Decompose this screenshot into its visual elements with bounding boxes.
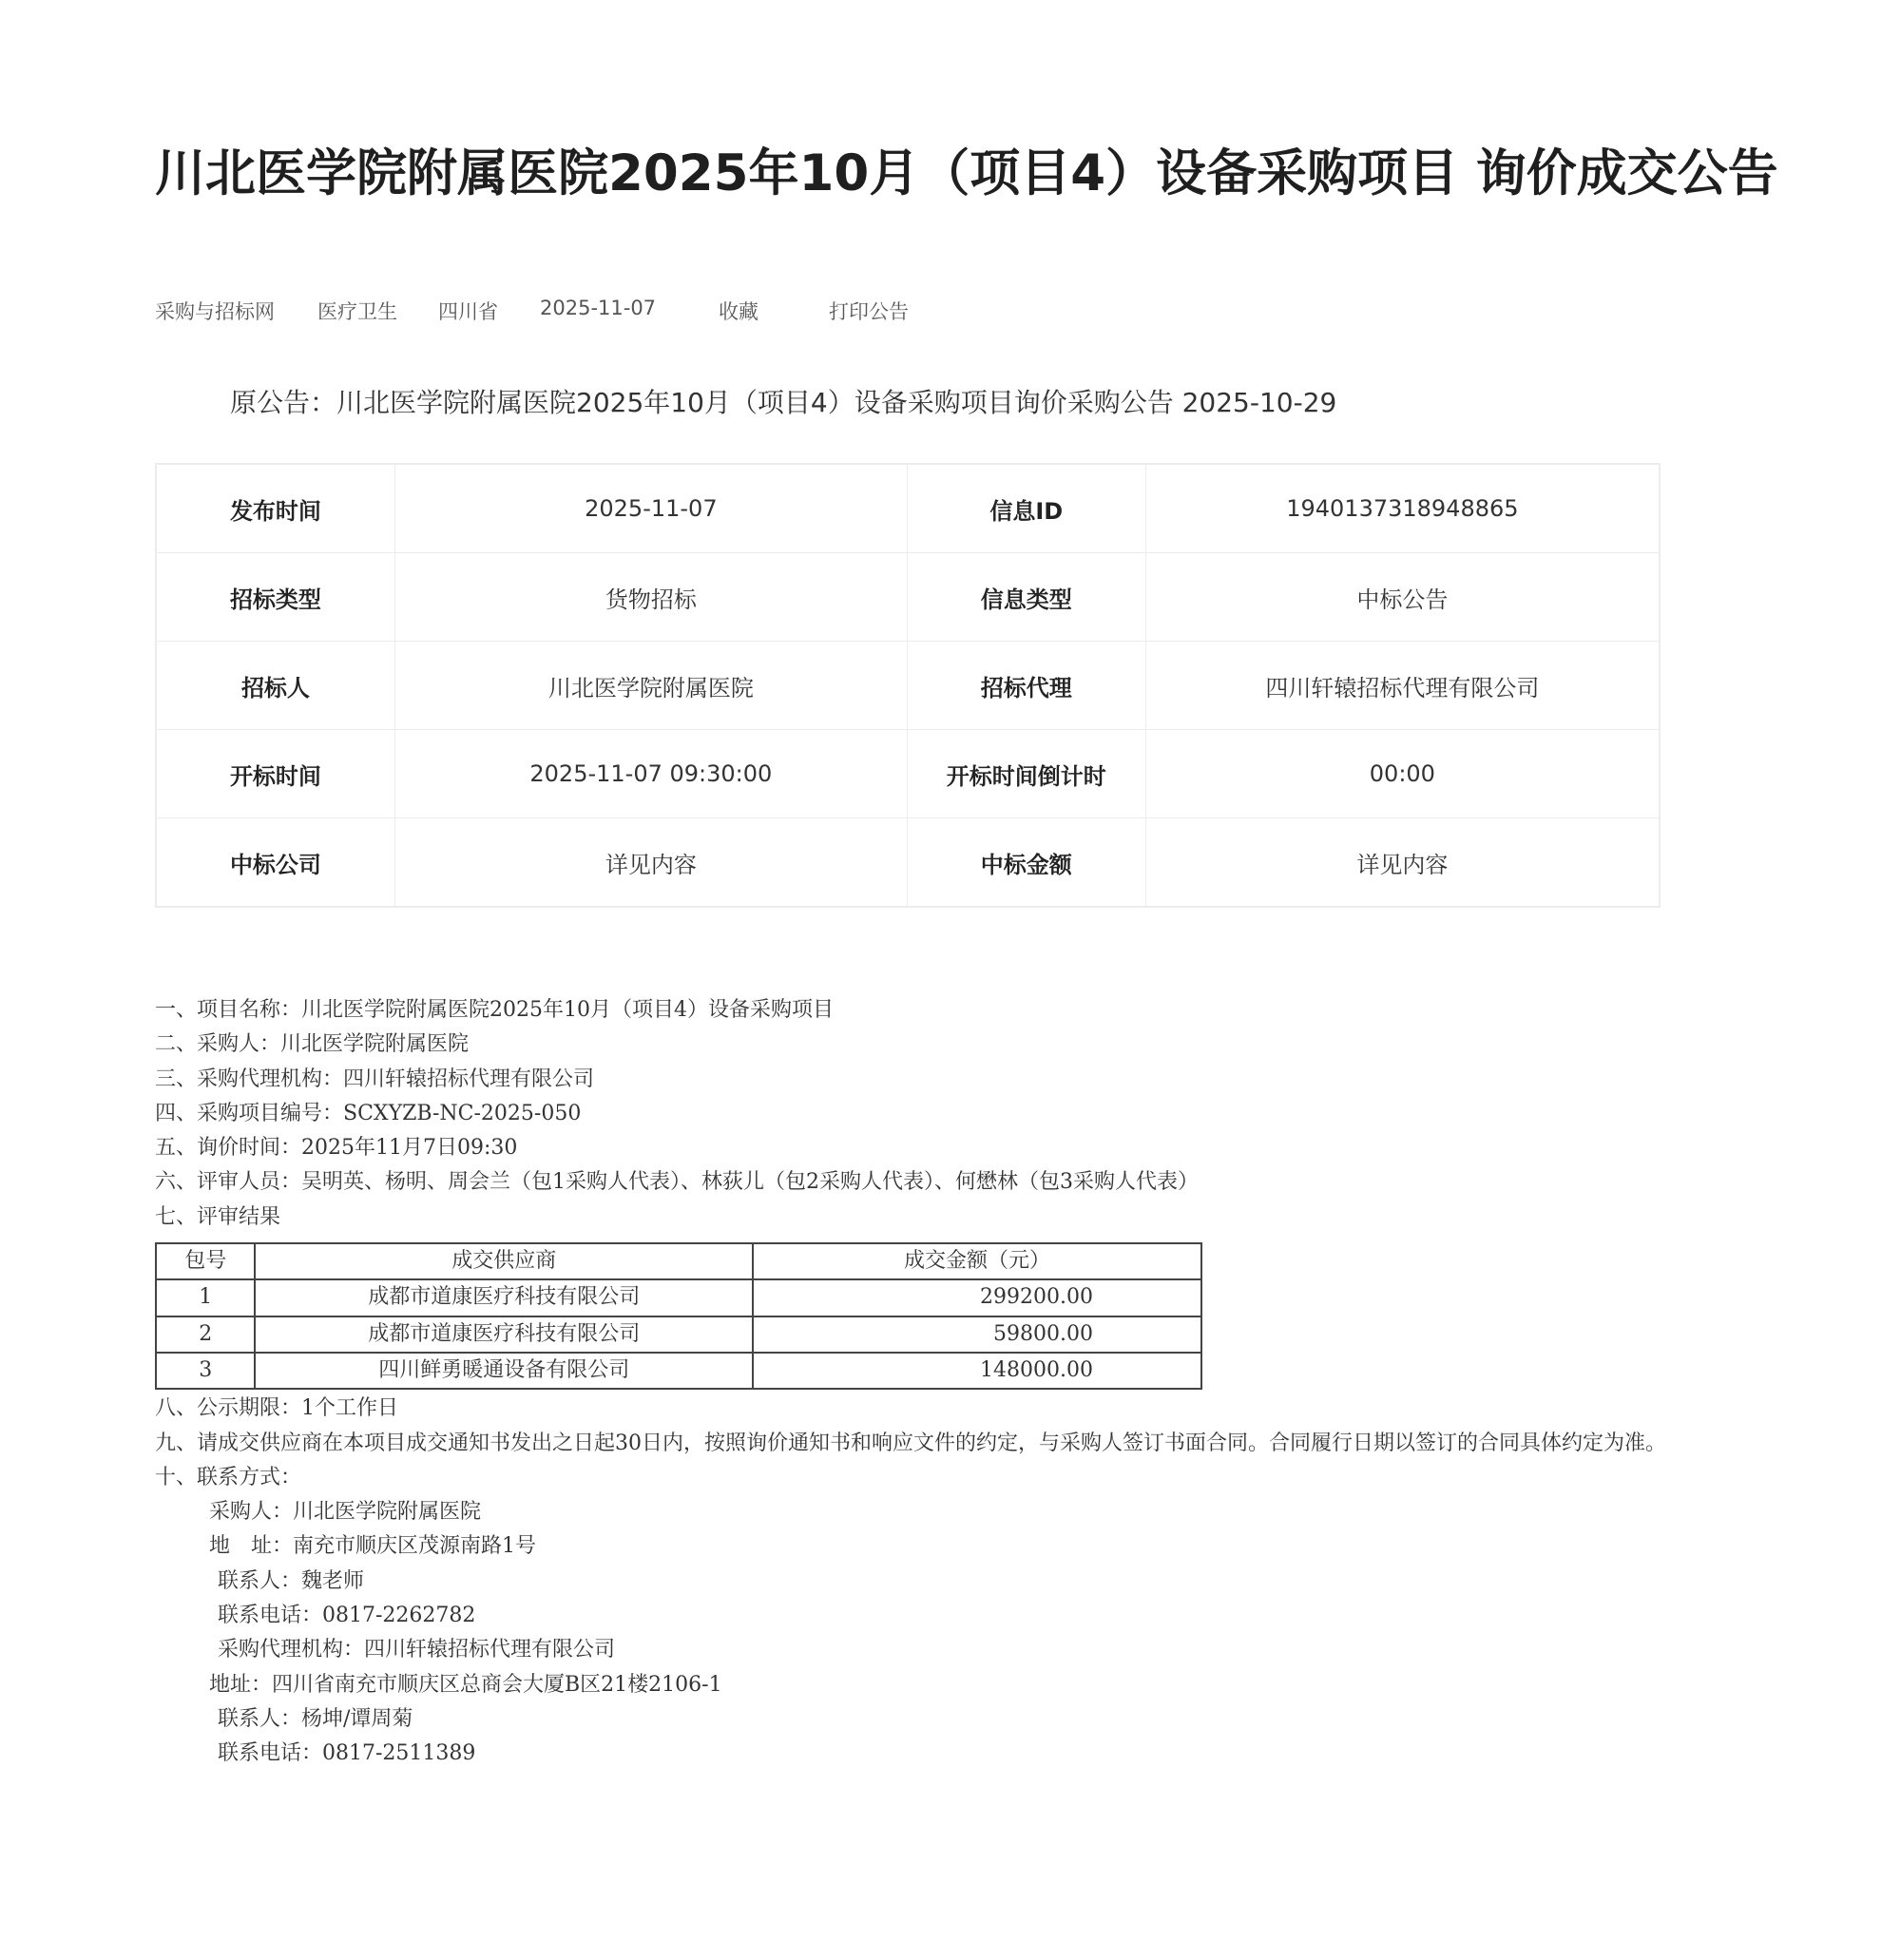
content-item: 七、评审结果 (155, 1201, 1676, 1235)
contact-agency-person: 联系人：杨坤/谭周菊 (155, 1702, 1676, 1737)
contact-purchaser-address: 地 址：南充市顺庆区茂源南路1号 (155, 1529, 1676, 1564)
info-key: 中标公司 (156, 818, 394, 908)
info-value: 2025-11-07 (394, 464, 907, 553)
info-row: 发布时间 2025-11-07 信息ID 1940137318948865 (156, 464, 1660, 553)
info-value: 详见内容 (394, 818, 907, 908)
contact-agency-phone: 联系电话：0817-2511389 (155, 1737, 1676, 1771)
info-key: 招标代理 (907, 642, 1145, 730)
content-item: 九、请成交供应商在本项目成交通知书发出之日起30日内，按照询价通知书和响应文件的… (155, 1427, 1666, 1461)
cell-supplier: 四川鲜勇暖通设备有限公司 (255, 1353, 753, 1389)
table-row: 1 成都市道康医疗科技有限公司 299200.00 (156, 1279, 1201, 1316)
content-item: 二、采购人：川北医学院附属医院 (155, 1028, 1676, 1062)
announcement-content: 一、项目名称：川北医学院附属医院2025年10月（项目4）设备采购项目 二、采购… (155, 993, 1676, 1772)
info-value: 货物招标 (394, 553, 907, 642)
cell-lot: 1 (156, 1279, 255, 1316)
column-header-supplier: 成交供应商 (255, 1243, 753, 1279)
content-item: 四、采购项目编号：SCXYZB-NC-2025-050 (155, 1097, 1676, 1131)
contact-purchaser-phone: 联系电话：0817-2262782 (155, 1599, 1676, 1633)
content-item: 一、项目名称：川北医学院附属医院2025年10月（项目4）设备采购项目 (155, 993, 1676, 1028)
info-key: 发布时间 (156, 464, 394, 553)
info-row: 招标人 川北医学院附属医院 招标代理 四川轩辕招标代理有限公司 (156, 642, 1660, 730)
content-item: 八、公示期限：1个工作日 (155, 1392, 1676, 1426)
info-key: 中标金额 (907, 818, 1145, 908)
info-value: 川北医学院附属医院 (394, 642, 907, 730)
content-item: 六、评审人员：吴明英、杨明、周会兰（包1采购人代表）、林荻儿（包2采购人代表）、… (155, 1165, 1676, 1200)
favorite-button[interactable]: 收藏 (719, 297, 829, 325)
contact-purchaser: 采购人：川北医学院附属医院 (155, 1495, 1676, 1529)
column-header-amount: 成交金额（元） (753, 1243, 1201, 1279)
results-header-row: 包号 成交供应商 成交金额（元） (156, 1243, 1201, 1279)
info-key: 信息类型 (907, 553, 1145, 642)
table-row: 2 成都市道康医疗科技有限公司 59800.00 (156, 1316, 1201, 1353)
info-table: 发布时间 2025-11-07 信息ID 1940137318948865 招标… (155, 463, 1661, 908)
info-key: 开标时间 (156, 730, 394, 818)
info-value: 00:00 (1145, 730, 1660, 818)
cell-amount: 59800.00 (753, 1316, 1201, 1353)
info-value: 2025-11-07 09:30:00 (394, 730, 907, 818)
cell-supplier: 成都市道康医疗科技有限公司 (255, 1316, 753, 1353)
content-item: 三、采购代理机构：四川轩辕招标代理有限公司 (155, 1063, 1676, 1097)
table-row: 3 四川鲜勇暖通设备有限公司 148000.00 (156, 1353, 1201, 1389)
meta-region[interactable]: 四川省 (438, 297, 540, 325)
info-row: 开标时间 2025-11-07 09:30:00 开标时间倒计时 00:00 (156, 730, 1660, 818)
cell-amount: 299200.00 (753, 1279, 1201, 1316)
cell-amount: 148000.00 (753, 1353, 1201, 1389)
info-value: 中标公告 (1145, 553, 1660, 642)
info-key: 招标类型 (156, 553, 394, 642)
info-key: 开标时间倒计时 (907, 730, 1145, 818)
info-row: 中标公司 详见内容 中标金额 详见内容 (156, 818, 1660, 908)
meta-source[interactable]: 采购与招标网 (155, 297, 317, 325)
page-title: 川北医学院附属医院2025年10月（项目4）设备采购项目 询价成交公告 (155, 133, 1778, 205)
info-value: 详见内容 (1145, 818, 1660, 908)
info-value: 四川轩辕招标代理有限公司 (1145, 642, 1660, 730)
contact-agency: 采购代理机构：四川轩辕招标代理有限公司 (155, 1633, 1676, 1667)
meta-date: 2025-11-07 (540, 297, 719, 325)
info-value: 1940137318948865 (1145, 464, 1660, 553)
original-notice-link[interactable]: 原公告：川北医学院附属医院2025年10月（项目4）设备采购项目询价采购公告 2… (230, 382, 1336, 420)
content-item: 十、联系方式： (155, 1461, 1676, 1495)
meta-category[interactable]: 医疗卫生 (317, 297, 438, 325)
contact-purchaser-person: 联系人：魏老师 (155, 1565, 1676, 1599)
cell-lot: 2 (156, 1316, 255, 1353)
cell-supplier: 成都市道康医疗科技有限公司 (255, 1279, 753, 1316)
info-row: 招标类型 货物招标 信息类型 中标公告 (156, 553, 1660, 642)
column-header-lot: 包号 (156, 1243, 255, 1279)
content-item: 五、询价时间：2025年11月7日09:30 (155, 1131, 1676, 1165)
results-table: 包号 成交供应商 成交金额（元） 1 成都市道康医疗科技有限公司 299200.… (155, 1242, 1202, 1390)
info-key: 招标人 (156, 642, 394, 730)
info-key: 信息ID (907, 464, 1145, 553)
contact-agency-address: 地址：四川省南充市顺庆区总商会大厦B区21楼2106-1 (155, 1668, 1676, 1702)
print-button[interactable]: 打印公告 (829, 297, 909, 325)
meta-bar: 采购与招标网 医疗卫生 四川省 2025-11-07 收藏 打印公告 (155, 297, 909, 325)
cell-lot: 3 (156, 1353, 255, 1389)
